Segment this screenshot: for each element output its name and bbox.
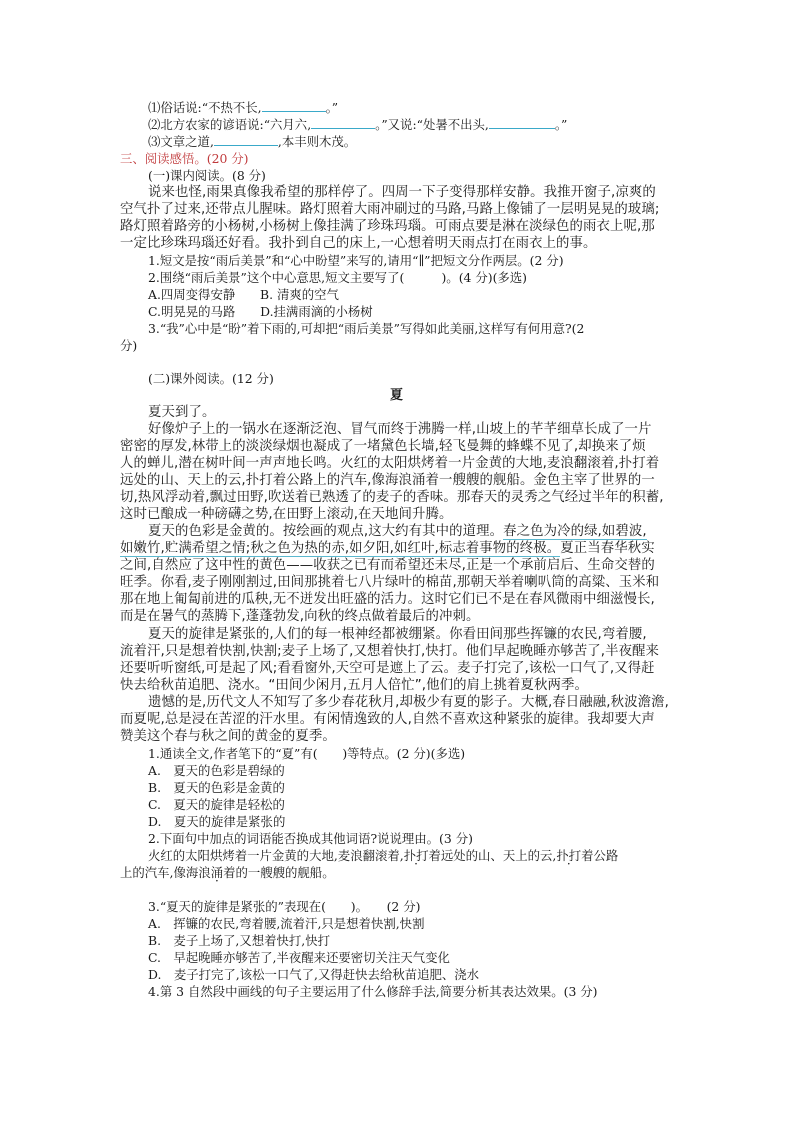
- option: A.四周变得安静 B. 清爽的空气: [148, 286, 339, 303]
- passage-line: 赞美这个春与秋之间的黄金的夏季。: [120, 728, 336, 745]
- option: C. 夏天的旋律是轻松的: [148, 796, 285, 813]
- part2-heading: (二)课外阅读。(12 分): [148, 370, 274, 387]
- option: D. 麦子打完了,该松一口气了,又得赶快去给秋苗追肥、浇水: [148, 966, 479, 983]
- option: A. 挥镰的农民,弯着腰,流着汗,只是想着快割,快割: [148, 915, 424, 932]
- passage-line: 而是在暑气的蒸腾下,蓬蓬勃发,向秋的终点做着最后的冲刺。: [120, 608, 479, 625]
- option: B. 麦子上场了,又想着快打,快打: [148, 932, 330, 949]
- option: D. 夏天的旋律是紧张的: [148, 813, 285, 830]
- passage-line: 空气扑了过来,还带点儿腥味。路灯照着大雨冲刷过的马路,马路上像铺了一层明晃晃的玻…: [120, 201, 659, 218]
- fill-blank-q2: ⑵北方农家的谚语说:“六月六,。”又说:“处暑不出头,。”: [148, 116, 567, 133]
- question: 4.第 3 自然段中画线的句子主要运用了什么修辞手法,简要分析其表达效果。(3 …: [148, 983, 598, 1000]
- passage-line: 还要听听窗纸,可是起了风;看看窗外,天空可是遮上了云。麦子打完了,该松一口气了,…: [120, 660, 655, 677]
- passage-line: 夏天的色彩是金黄的。按绘画的观点,这大约有其中的道理。春之色为冷的绿,如碧波,: [148, 523, 647, 540]
- passage-line: 夏天到了。: [148, 404, 215, 421]
- quoted-sentence: 上的汽车,像海浪涌着的一艘艘的舰船。: [120, 864, 335, 881]
- option: C. 早起晚睡亦够苦了,半夜醒来还要密切关注天气变化: [148, 949, 450, 966]
- passage-line: 之间,自然应了这中性的黄色——收获之已有而希望还未尽,正是一个承前启后、生命交替…: [120, 557, 655, 574]
- passage-line: 遗憾的是,历代文人不知写了多少春花秋月,却极少有夏的影子。大概,春日融融,秋波澹…: [148, 694, 669, 711]
- answer-blank[interactable]: [262, 99, 326, 112]
- passage-line: 流着汗,只是想着快割,快割;麦子上场了,又想着快打,快打。他们早起晚睡亦够苦了,…: [120, 643, 659, 660]
- dotted-word: 扑打: [556, 848, 581, 863]
- dotted-word: 涌: [211, 865, 223, 880]
- answer-blank[interactable]: [214, 133, 278, 146]
- quoted-sentence: 火红的太阳烘烤着一片金黄的大地,麦浪翻滚着,扑打着远处的山、天上的云,扑打着公路: [148, 847, 618, 864]
- passage-line: 人的蝉儿,潜在树叶间一声声地长鸣。火红的太阳烘烤着一片金黄的大地,麦浪翻滚着,扑…: [120, 455, 659, 472]
- passage-line: 如嫩竹,贮满希望之情;秋之色为热的赤,如夕阳,如红叶,标志着事物的终极。夏正当春…: [120, 540, 655, 557]
- passage-line: 夏天的旋律是紧张的,人们的每一根神经都被绷紧。你看田间那些挥镰的农民,弯着腰,: [148, 626, 647, 643]
- fill-blank-q1: ⑴俗话说:“不热不长,。”: [148, 99, 338, 116]
- passage-line: 切,热风浮动着,飘过田野,吹送着已熟透了的麦子的香味。那春天的灵秀之气经过半年的…: [120, 489, 664, 506]
- section-heading: 三、阅读感悟。(20 分): [120, 150, 249, 167]
- question: 3.“我”心中是“盼”着下雨的,可却把“雨后美景”写得如此美丽,这样写有何用意?…: [148, 320, 584, 337]
- passage-line: 快去给秋苗追肥、浇水。“田间少闲月,五月人倍忙”,他们的肩上挑着夏秋两季。: [120, 677, 588, 694]
- passage-line: 那在地上匍匐前进的瓜秧,无不迸发出旺盛的活力。这时它们已不是在春风微雨中细滋慢长…: [120, 591, 655, 608]
- option: C.明晃晃的马路 D.挂满雨滴的小杨树: [148, 303, 373, 320]
- article-title: 夏: [390, 387, 403, 404]
- passage-line: 旺季。你看,麦子刚刚割过,田间那挑着七八片绿叶的棉苗,那朝天举着喇叭筒的高粱、玉…: [120, 574, 659, 591]
- question: 1.通读全文,作者笔下的“夏”有( )等特点。(2 分)(多选): [148, 745, 465, 762]
- passage-line: 这时已酿成一种磅礴之势,在田野上滚动,在天地间升腾。: [120, 506, 453, 523]
- part1-heading: (一)课内阅读。(8 分): [148, 167, 266, 184]
- answer-blank[interactable]: [489, 116, 555, 129]
- underlined-sentence: 春之色为冷的绿,如碧波,: [503, 524, 647, 540]
- passage-line: 密密的厚发,林带上的淡淡绿烟也凝成了一堵黛色长墙,轻飞曼舞的蜂蝶不见了,却换来了…: [120, 438, 646, 455]
- passage-line: 一定比珍珠玛瑙还好看。我扑到自己的床上,一心想着明天雨点打在雨衣上的事。: [120, 235, 597, 252]
- passage-line: 而夏呢,总是浸在苦涩的汗水里。有闲情逸致的人,自然不喜欢这种紧张的旋律。我却要大…: [120, 711, 655, 728]
- fill-blank-q3: ⑶文章之道,,本丰则木茂。: [148, 133, 356, 150]
- question: 2.围绕“雨后美景”这个中心意思,短文主要写了( )。(4 分)(多选): [148, 269, 527, 286]
- question-continued: 分): [120, 337, 137, 354]
- option: B. 夏天的色彩是金黄的: [148, 779, 285, 796]
- passage-line: 路灯照着路旁的小杨树,小杨树上像挂满了珍珠玛瑙。可雨点要是淋在淡绿色的雨衣上呢,…: [120, 218, 655, 235]
- passage-line: 说来也怪,雨果真像我希望的那样停了。四周一下子变得那样安静。我推开窗子,凉爽的: [148, 184, 656, 201]
- exam-page: ⑴俗话说:“不热不长,。” ⑵北方农家的谚语说:“六月六,。”又说:“处暑不出头…: [0, 0, 793, 1122]
- underlined-sentence: 如嫩竹,贮满希望之情;秋之色为热的赤,如夕阳,如红叶,标志着事物的终极。: [120, 541, 560, 557]
- answer-blank[interactable]: [311, 116, 375, 129]
- question: 2.下面句中加点的词语能否换成其他词语?说说理由。(3 分): [148, 830, 473, 847]
- option: A. 夏天的色彩是碧绿的: [148, 762, 285, 779]
- question: 1.短文是按“雨后美景”和“心中盼望”来写的,请用“∥”把短文分作两层。(2 分…: [148, 252, 564, 269]
- passage-line: 远处的山、天上的云,扑打着公路上的汽车,像海浪涌着一艘艘的舰船。金色主宰了世界的…: [120, 472, 655, 489]
- passage-line: 好像炉子上的一锅水在逐渐泛泡、冒气而终于沸腾一样,山坡上的芊芊细草长成了一片: [148, 421, 652, 438]
- question: 3.“夏天的旋律是紧张的”表现在( )。 (2 分): [148, 898, 420, 915]
- dotted-word: 扑打: [404, 848, 429, 863]
